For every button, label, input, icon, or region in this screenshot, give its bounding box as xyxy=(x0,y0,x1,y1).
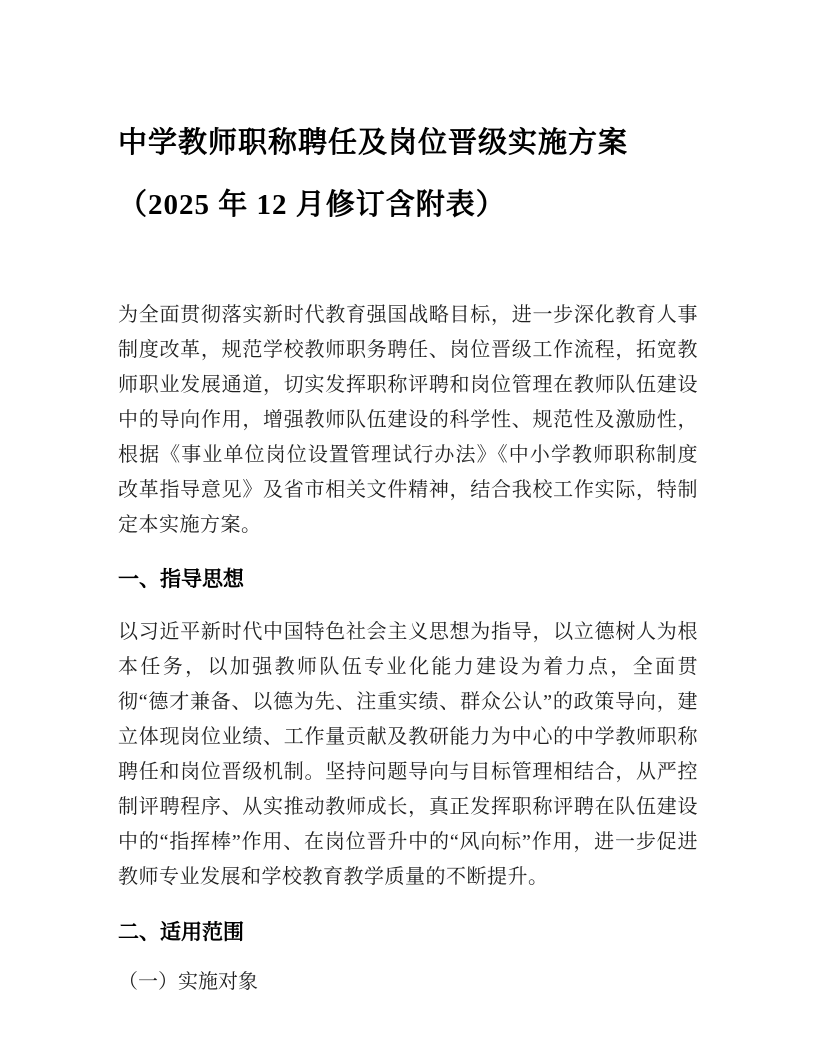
intro-paragraph: 为全面贯彻落实新时代教育强国战略目标，进一步深化教育人事制度改革，规范学校教师职… xyxy=(118,298,698,543)
document-page: 中学教师职称聘任及岗位晋级实施方案 （2025 年 12 月修订含附表） 为全面… xyxy=(0,0,816,1056)
subsection-label-implementation-target: （一）实施对象 xyxy=(118,965,698,1000)
document-content: 中学教师职称聘任及岗位晋级实施方案 （2025 年 12 月修订含附表） 为全面… xyxy=(118,0,698,1000)
document-title-line-2: （2025 年 12 月修订含附表） xyxy=(118,174,698,236)
document-title-line-1: 中学教师职称聘任及岗位晋级实施方案 xyxy=(118,112,698,174)
section-heading-scope: 二、适用范围 xyxy=(118,915,698,950)
section-paragraph-guiding-ideology: 以习近平新时代中国特色社会主义思想为指导，以立德树人为根本任务，以加强教师队伍专… xyxy=(118,615,698,895)
section-heading-guiding-ideology: 一、指导思想 xyxy=(118,562,698,597)
document-title: 中学教师职称聘任及岗位晋级实施方案 （2025 年 12 月修订含附表） xyxy=(118,0,698,236)
